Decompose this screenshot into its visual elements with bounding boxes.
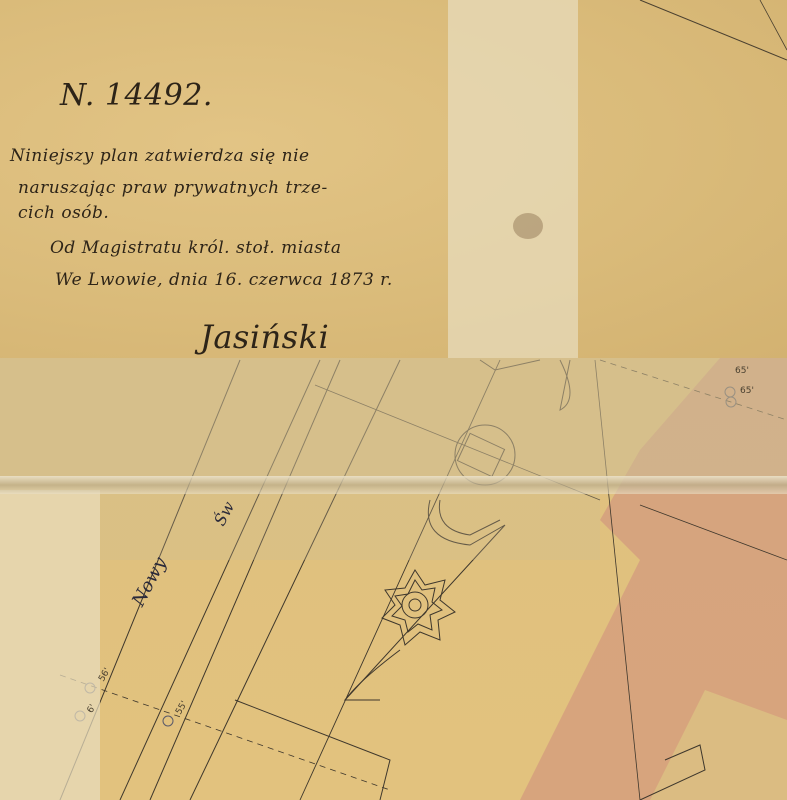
annotation-line-5: We Lwowie, dnia 16. czerwca 1873 r.	[55, 270, 393, 290]
signature: Jasiński	[200, 318, 329, 356]
elevation-mark: 65'	[740, 386, 754, 396]
annotation-line-3: cich osób.	[18, 203, 109, 223]
annotation-line-4: Od Magistratu król. stoł. miasta	[50, 238, 342, 258]
annotation-line-2: naruszając praw prywatnych trze-	[18, 178, 328, 198]
map-sheet: N. 14492. Niniejszy plan zatwierdza się …	[0, 0, 787, 800]
annotation-line-1: Niniejszy plan zatwierdza się nie	[10, 146, 310, 166]
repair-tape-left	[0, 490, 100, 800]
repair-tape-lower	[100, 490, 600, 560]
repair-tape-horizontal	[0, 358, 787, 478]
ink-blot	[513, 213, 543, 239]
document-number: N. 14492.	[60, 78, 213, 113]
repair-tape-vertical	[448, 0, 578, 358]
fold-crease	[0, 476, 787, 494]
elevation-mark: 65'	[735, 366, 749, 376]
